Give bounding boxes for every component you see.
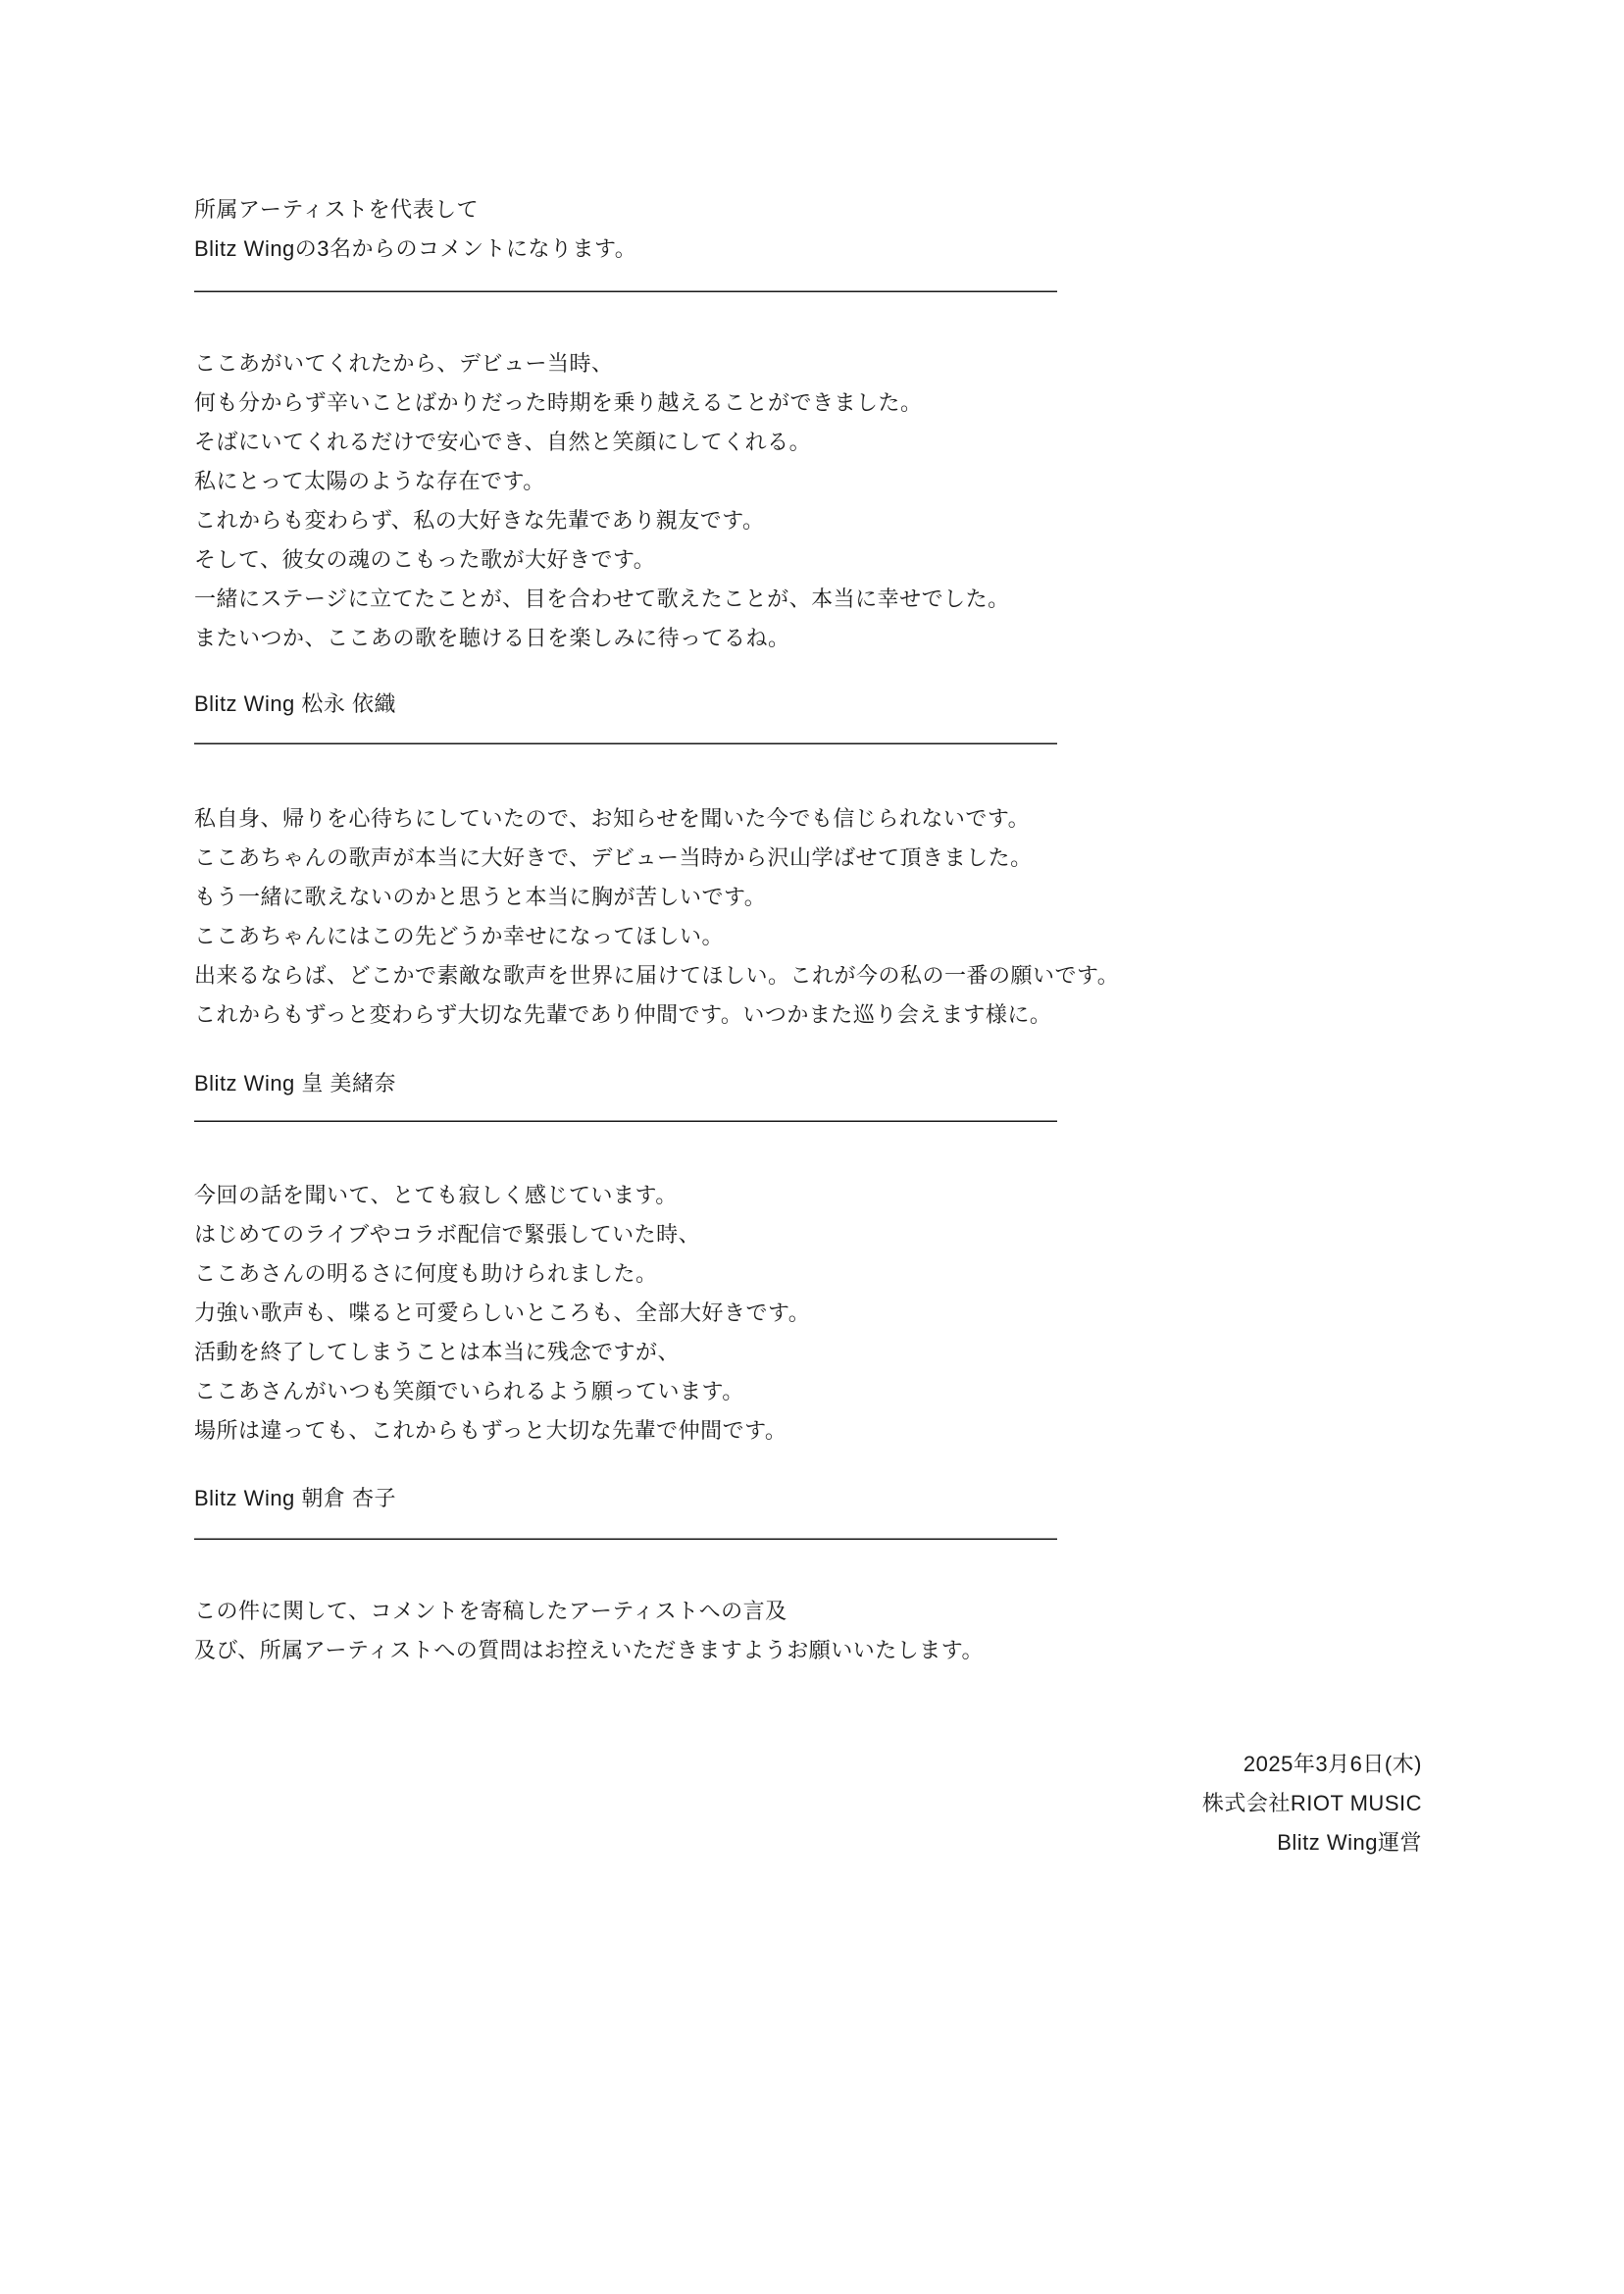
comment-body-2: 私自身、帰りを心待ちにしていたので、お知らせを聞いた今でも信じられないです。 こ… (194, 799, 1422, 1035)
divider-line-3: ———————————————————————————————————————— (194, 1100, 1067, 1140)
comment-signature-1: Blitz Wing 松永 依織 (194, 685, 1422, 724)
closing-note: この件に関して、コメントを寄稿したアーティストへの言及 及び、所属アーティストへ… (194, 1592, 1422, 1670)
date-company-block: 2025年3月6日(木) 株式会社RIOT MUSIC Blitz Wing運営 (194, 1745, 1422, 1862)
divider-line-2: ———————————————————————————————————————— (194, 723, 1067, 762)
intro-text: 所属アーティストを代表して Blitz Wingの3名からのコメントになります。 (194, 190, 1422, 269)
document-page: 所属アーティストを代表して Blitz Wingの3名からのコメントになります。… (0, 0, 1624, 2294)
comment-signature-3: Blitz Wing 朝倉 杏子 (194, 1479, 1422, 1518)
comment-body-1: ここあがいてくれたから、デビュー当時、 何も分からず辛いことばかりだった時期を乗… (194, 344, 1422, 658)
comment-body-3: 今回の話を聞いて、とても寂しく感じています。 はじめてのライブやコラボ配信で緊張… (194, 1176, 1422, 1451)
divider-line-4: ———————————————————————————————————————— (194, 1518, 1067, 1557)
divider-line-1: ———————————————————————————————————————— (194, 271, 1067, 310)
comment-signature-2: Blitz Wing 皇 美緒奈 (194, 1064, 1422, 1103)
